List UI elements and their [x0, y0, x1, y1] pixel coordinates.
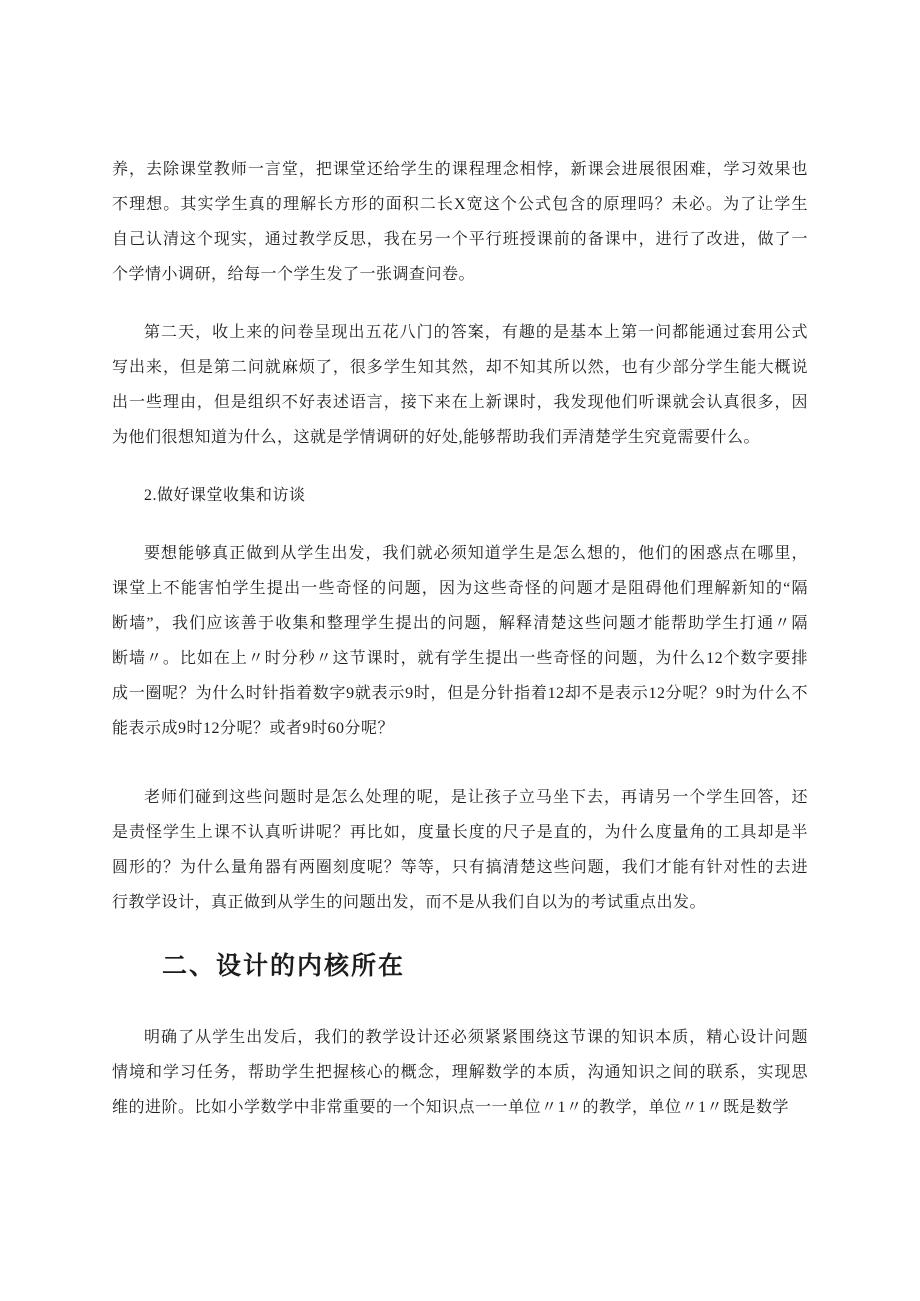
paragraph: 要想能够真正做到从学生出发，我们就必须知道学生是怎么想的，他们的困惑点在哪里，课… [112, 536, 808, 746]
text-line: 维的进阶。比如小学数学中非常重要的一个知识点一一单位〃1〃的教学，单位〃1〃既是… [112, 1090, 808, 1125]
text-line: 成一圈呢？为什么时针指着数字9就表示9时，但是分针指着12却不是表示12分呢？9… [112, 676, 808, 711]
paragraph: 老师们碰到这些问题时是怎么处理的呢，是让孩子立马坐下去，再请另一个学生回答，还是… [112, 780, 808, 920]
text-line: 能表示成9时12分呢？或者9时60分呢？ [112, 711, 808, 746]
document-page: 养，去除课堂教师一言堂，把课堂还给学生的课程理念相悖，新课会进展很困难，学习效果… [0, 0, 920, 1301]
text-line: 自己认清这个现实，通过教学反思，我在另一个平行班授课前的备课中，进行了改进，做了… [112, 222, 808, 257]
text-line: 课堂上不能害怕学生提出一些奇怪的问题，因为这些奇怪的问题才是阻碍他们理解新知的“… [112, 571, 808, 606]
document-text-body: 养，去除课堂教师一言堂，把课堂还给学生的课程理念相悖，新课会进展很困难，学习效果… [112, 152, 808, 1148]
text-line: 养，去除课堂教师一言堂，把课堂还给学生的课程理念相悖，新课会进展很困难，学习效果… [112, 152, 808, 187]
text-line: 老师们碰到这些问题时是怎么处理的呢，是让孩子立马坐下去，再请另一个学生回答，还 [112, 780, 808, 815]
text-line: 圆形的？为什么量角器有两圈刻度呢？等等，只有搞清楚这些问题，我们才能有针对性的去… [112, 850, 808, 885]
text-line: 断墙〃。比如在上〃时分秒〃这节课时，就有学生提出一些奇怪的问题，为什么12个数字… [112, 641, 808, 676]
text-line: 是责怪学生上课不认真听讲呢？再比如，度量长度的尺子是直的，为什么度量角的工具却是… [112, 815, 808, 850]
text-line: 断墙”，我们应该善于收集和整理学生提出的问题，解释清楚这些问题才能帮助学生打通〃… [112, 606, 808, 641]
text-line: 2.做好课堂收集和访谈 [112, 478, 808, 513]
text-line: 为他们很想知道为什么，这就是学情调研的好处,能够帮助我们弄清楚学生究竟需要什么。 [112, 420, 808, 455]
text-line: 情境和学习任务，帮助学生把握核心的概念，理解数学的本质，沟通知识之间的联系，实现… [112, 1055, 808, 1090]
text-line: 不理想。其实学生真的理解长方形的面积二长X宽这个公式包含的原理吗？未必。为了让学… [112, 187, 808, 222]
text-line: 行教学设计，真正做到从学生的问题出发，而不是从我们自以为的考试重点出发。 [112, 885, 808, 920]
text-line: 二、设计的内核所在 [112, 945, 808, 989]
text-line: 明确了从学生出发后，我们的教学设计还必须紧紧围绕这节课的知识本质，精心设计问题 [112, 1020, 808, 1055]
text-line: 要想能够真正做到从学生出发，我们就必须知道学生是怎么想的，他们的困惑点在哪里， [112, 536, 808, 571]
text-line: 写出来，但是第二问就麻烦了，很多学生知其然，却不知其所以然，也有少部分学生能大概… [112, 350, 808, 385]
text-line: 第二天，收上来的问卷呈现出五花八门的答案，有趣的是基本上第一问都能通过套用公式 [112, 315, 808, 350]
text-line: 出一些理由，但是组织不好表述语言，接下来在上新课时，我发现他们听课就会认真很多，… [112, 385, 808, 420]
paragraph: 养，去除课堂教师一言堂，把课堂还给学生的课程理念相悖，新课会进展很困难，学习效果… [112, 152, 808, 292]
text-line: 个学情小调研，给每一个学生发了一张调查问卷。 [112, 257, 808, 292]
section-heading: 二、设计的内核所在 [112, 945, 808, 989]
paragraph: 明确了从学生出发后，我们的教学设计还必须紧紧围绕这节课的知识本质，精心设计问题情… [112, 1020, 808, 1125]
paragraph: 第二天，收上来的问卷呈现出五花八门的答案，有趣的是基本上第一问都能通过套用公式写… [112, 315, 808, 455]
paragraph: 2.做好课堂收集和访谈 [112, 478, 808, 513]
